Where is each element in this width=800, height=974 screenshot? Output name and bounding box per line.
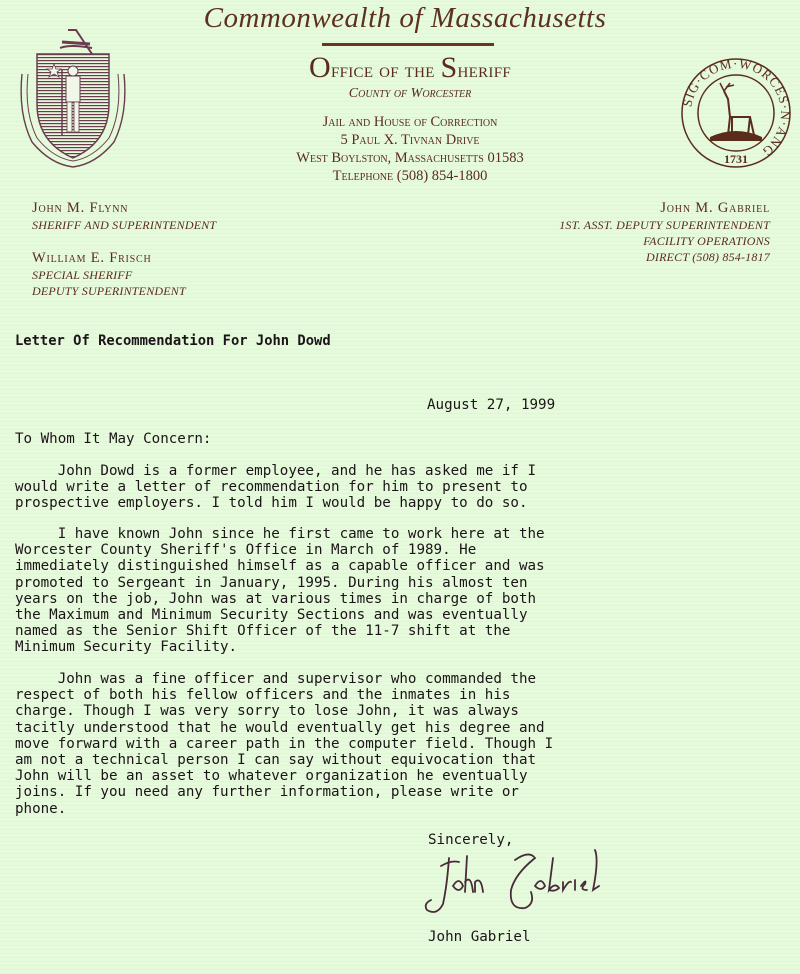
- staff-sheriff: John M. Flynn Sheriff and Superintendent: [32, 200, 216, 233]
- letter-date: August 27, 1999: [427, 397, 555, 413]
- sheriff-initial: S: [441, 51, 458, 84]
- header-rule: [322, 43, 494, 46]
- svg-text:SIG·COM·WORCES·N·ANG: SIG·COM·WORCES·N·ANG: [680, 57, 792, 160]
- paragraph-intro: John Dowd is a former employee, and he h…: [15, 463, 695, 512]
- staff-name: John M. Flynn: [32, 200, 216, 217]
- staff-name: John M. Gabriel: [559, 200, 770, 217]
- letter-subject: Letter Of Recommendation For John Dowd: [15, 333, 331, 349]
- staff-name: William E. Frisch: [32, 250, 186, 267]
- paragraph-history: I have known John since he first came to…: [15, 526, 695, 656]
- salutation: To Whom It May Concern:: [15, 431, 211, 447]
- worcester-county-seal-icon: SIG·COM·WORCES·N·ANG 1731: [680, 57, 792, 169]
- staff-title: Special Sheriff: [32, 267, 186, 283]
- handwritten-signature-icon: [415, 846, 615, 918]
- telephone-line: Telephone (508) 854-1800: [200, 167, 620, 185]
- office-title: Office of the Sheriff: [200, 51, 620, 85]
- svg-text:1731: 1731: [724, 152, 748, 166]
- staff-title: Sheriff and Superintendent: [32, 217, 216, 233]
- staff-title: Deputy Superintendent: [32, 283, 186, 299]
- address-line: West Boylston, Massachusetts 01583: [200, 149, 620, 167]
- staff-direct-phone: Direct (508) 854-1817: [559, 249, 770, 265]
- office-address: Jail and House of Correction 5 Paul X. T…: [200, 113, 620, 185]
- staff-deputy-superintendent: John M. Gabriel 1st. Asst. Deputy Superi…: [559, 200, 770, 265]
- signer-name: John Gabriel: [428, 929, 531, 945]
- office-suffix: heriff: [458, 57, 511, 82]
- address-line: Jail and House of Correction: [200, 113, 620, 131]
- office-middle: ffice of the: [331, 57, 441, 82]
- paragraph-endorsement: John was a fine officer and supervisor w…: [15, 671, 695, 817]
- massachusetts-state-seal-icon: [10, 24, 128, 174]
- office-initial: O: [309, 51, 331, 84]
- staff-special-sheriff: William E. Frisch Special Sheriff Deputy…: [32, 250, 186, 299]
- county-subtitle: County of Worcester: [200, 86, 620, 102]
- address-line: 5 Paul X. Tivnan Drive: [200, 131, 620, 149]
- staff-title: 1st. Asst. Deputy Superintendent: [559, 217, 770, 233]
- staff-title: Facility Operations: [559, 233, 770, 249]
